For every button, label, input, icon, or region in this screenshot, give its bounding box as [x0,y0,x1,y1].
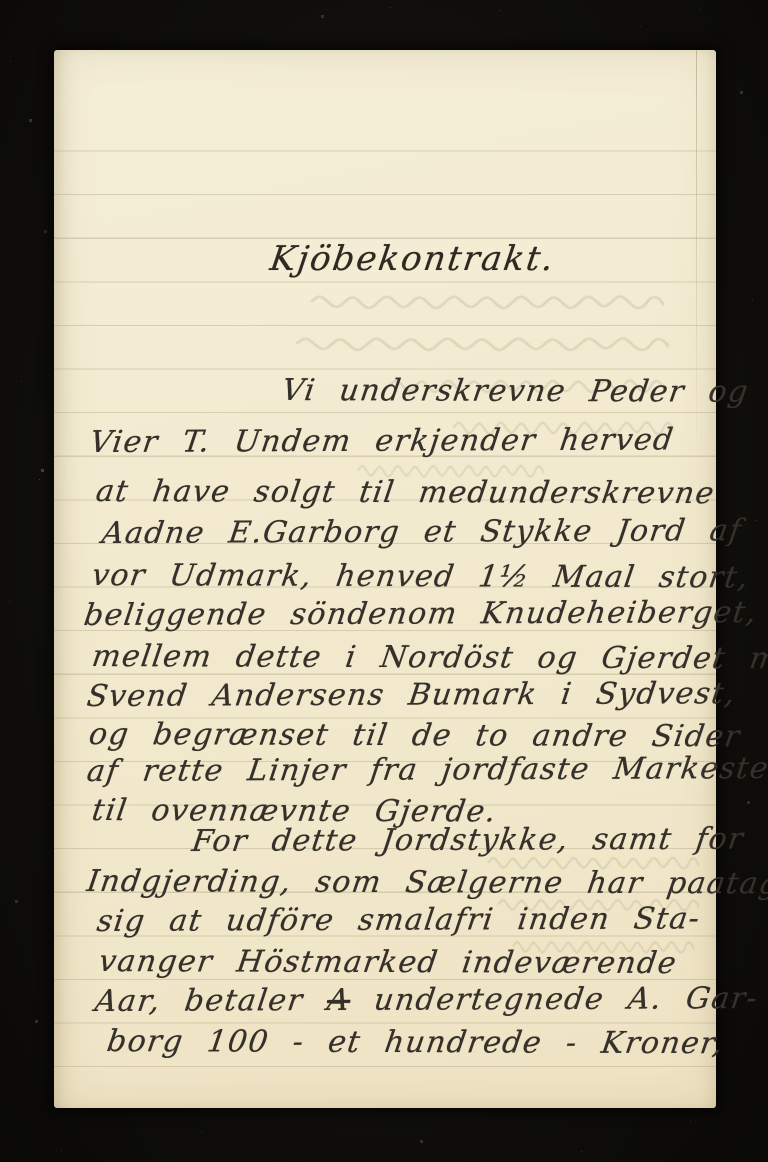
handwritten-line: Aar, betaler A undertegnede A. Gar- [93,984,760,1017]
photo-background: Kjöbekontrakt. Vi underskrevne Peder og … [0,0,768,1162]
line-segment: undertegnede A. Gar- [348,981,761,1018]
handwritten-line: mellem dette i Nordöst og Gjerdet mod [90,642,768,675]
handwritten-line: sig at udföre smalafri inden Sta- [95,904,702,937]
handwritten-line: at have solgt til medunderskrevne [94,477,717,509]
ink-bleed-through [304,288,664,314]
ink-bleed-through [289,330,669,356]
handwritten-line: vor Udmark, henved 1½ Maal stort, [90,561,751,593]
line-segment: Aar, betaler [93,983,330,1019]
handwritten-line: og begrænset til de to andre Sider [87,720,743,752]
handwritten-line: Svend Andersens Bumark i Sydvest, [85,679,738,712]
handwritten-line: For dette Jordstykke, samt for [190,825,746,857]
paper-sheet: Kjöbekontrakt. Vi underskrevne Peder og … [54,50,716,1108]
handwritten-line: Indgjerding, som Sælgerne har paataget [85,867,768,900]
handwritten-line: borg 100 - et hundrede - Kroner, [105,1027,726,1059]
handwritten-line: Aadne E.Garborg et Stykke Jord af [100,516,744,549]
handwritten-line: beliggende söndenom Knudeheiberget, [82,598,759,631]
handwritten-line: af rette Linjer fra jordfaste Markestene [85,754,768,787]
handwritten-line: Vier T. Undem erkjender herved [88,425,676,458]
handwritten-line: Vi underskrevne Peder og [280,376,751,408]
dust-specks [0,0,1,1]
document-title: Kjöbekontrakt. [268,242,557,276]
handwritten-line: vanger Höstmarked indeværende [97,947,679,979]
